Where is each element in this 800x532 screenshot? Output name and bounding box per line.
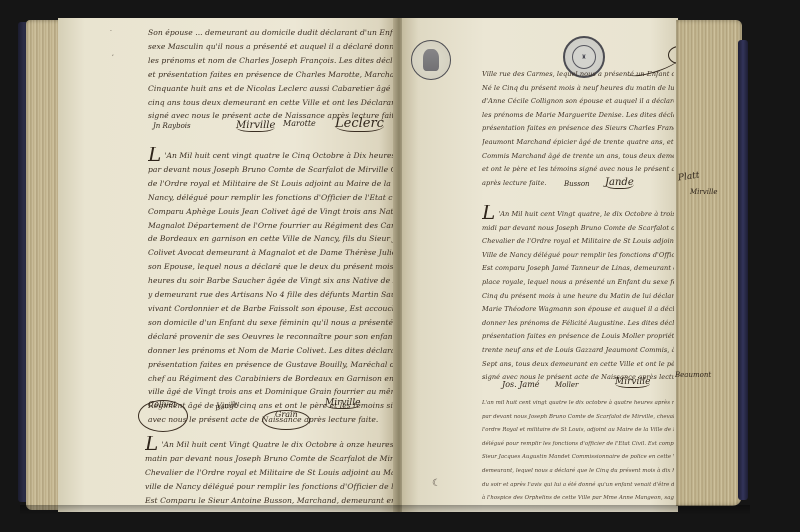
signature: Jos. Jamé xyxy=(502,380,540,389)
signature: Busson xyxy=(564,180,590,188)
text-line: ville de Nancy délégué pour remplir les … xyxy=(145,480,393,494)
signature: Beaumont xyxy=(675,371,711,379)
page-edges-right xyxy=(676,20,742,506)
text-line: trente neuf ans et de Louis Gazzard Jeau… xyxy=(482,344,674,358)
text-line: y demeurant rue des Artisans No 4 fille … xyxy=(148,288,394,302)
text-line: et présentation faites en présence de Ch… xyxy=(148,68,394,82)
text-line: Né le Cinq du présent mois à neuf heures… xyxy=(482,82,674,96)
text-line: les prénoms et nom de Charles Joseph Fra… xyxy=(148,54,394,68)
text-line: 'An Mil huit cent Vingt Quatre le dix Oc… xyxy=(161,440,393,449)
text-line: Sieur Jacques Augustin Mandet Commission… xyxy=(482,451,674,465)
margin-mark: , xyxy=(112,50,114,57)
left-entry-3-text: L'An Mil huit cent Vingt Quatre le dix O… xyxy=(145,436,393,508)
text-line: Nancy, délégué pour remplir les fonction… xyxy=(148,191,394,205)
left-entry-2-text: L'An Mil huit cent vingt quatre le Cinq … xyxy=(148,147,394,427)
page-edges-left xyxy=(26,20,62,510)
signature: Jn Raybois xyxy=(153,122,191,130)
text-line: Magnalot Département de l'Orne fourrier … xyxy=(148,219,394,233)
text-line: midi par devant nous Joseph Bruno Comte … xyxy=(482,222,674,236)
right-entry-2-text: L'An Mil huit cent Vingt quatre, le dix … xyxy=(482,205,674,385)
text-line: par devant nous Joseph Bruno Comte de Sc… xyxy=(482,411,674,425)
text-line: cinq ans tous deux demeurant en cette Vi… xyxy=(148,96,394,110)
figure-stamp-icon xyxy=(411,40,451,80)
text-line: présentation faites en présence de Gusta… xyxy=(148,358,394,372)
text-line: par devant nous Joseph Bruno Comte de Sc… xyxy=(148,163,394,177)
text-line: Est comparu Joseph Jamé Tanneur de Linas… xyxy=(482,262,674,276)
right-entry-1-text: Ville rue des Carmes, lequel nous a prés… xyxy=(482,68,674,190)
signature: Mirville xyxy=(236,120,275,132)
text-line: de Bordeaux en garnison en cette Ville d… xyxy=(148,232,394,246)
signature: Moller xyxy=(555,381,578,389)
text-line: Cinquante huit ans et de Nicolas Leclerc… xyxy=(148,82,394,96)
margin-mark: · xyxy=(110,28,112,35)
text-line: Sept ans, tous deux demeurant en cette V… xyxy=(482,358,674,372)
signature: Mirville xyxy=(615,377,650,388)
text-line: présentation faites en présence des Sieu… xyxy=(482,122,674,136)
text-line: Cinq du présent mois à une heure du Mati… xyxy=(482,290,674,304)
text-line: déclaré provenir de ses Oeuvres le recon… xyxy=(148,330,394,344)
margin-mark: ☾ xyxy=(432,478,441,489)
signature: Jande xyxy=(605,177,634,189)
text-line: du soir et après l'avis qui lui a été do… xyxy=(482,479,674,493)
seal-inner-ring: ♜ xyxy=(572,45,596,69)
text-line: Son épouse ... demeurant au domicile dud… xyxy=(148,26,394,40)
text-line: place royale, lequel nous a présenté un … xyxy=(482,276,674,290)
text-line: Comparu Aphège Louis Jean Colivet âgé de… xyxy=(148,205,394,219)
left-entry-1-text: Son épouse ... demeurant au domicile dud… xyxy=(148,26,394,123)
initial-letter: L xyxy=(482,205,495,222)
text-line: et ont le père et les témoins signé avec… xyxy=(482,163,674,177)
text-line: les prénoms de Marie Marguerite Denise. … xyxy=(482,109,674,123)
text-line: son Epouse, lequel nous a déclaré que le… xyxy=(148,260,394,274)
signature: Mirville xyxy=(690,188,718,196)
text-line: donner les prénoms de Félicité Augustine… xyxy=(482,317,674,331)
text-line: d'Anne Cécile Collignon son épouse et au… xyxy=(482,95,674,109)
signature: Colivet xyxy=(148,400,177,409)
text-line: 'An Mil huit cent vingt quatre le Cinq O… xyxy=(164,151,394,160)
text-line: son domicile d'un Enfant du sexe féminin… xyxy=(148,316,394,330)
text-line: Chevalier de l'Ordre royal et Militaire … xyxy=(482,235,674,249)
open-register-book: · , Son épouse ... demeurant au domicile… xyxy=(0,0,800,532)
text-line: délégué pour remplir les fonctions d'off… xyxy=(482,438,674,452)
text-line: Ville de Nancy délégué pour remplir les … xyxy=(482,249,674,263)
text-line: Jeaumont Marchand épicier âgé de trente … xyxy=(482,136,674,150)
signature: Mirville xyxy=(325,398,360,409)
text-line: Ville rue des Carmes, lequel nous a prés… xyxy=(482,68,674,82)
figure-silhouette xyxy=(423,49,439,71)
text-line: présentation faites en présence de Louis… xyxy=(482,330,674,344)
text-line: donner les prénoms et Nom de Marie Coliv… xyxy=(148,344,394,358)
book-cover-right xyxy=(738,40,748,500)
text-line: vivant Cordonnier et de Barbe Faissolt s… xyxy=(148,302,394,316)
text-line: à l'hospice des Orphelins de cette Ville… xyxy=(482,492,674,506)
text-line: Marie Théodore Wagmann son épouse et auq… xyxy=(482,303,674,317)
text-line: demeurant, lequel nous a déclaré que le … xyxy=(482,465,674,479)
signature: Grain xyxy=(275,410,298,419)
right-entry-3-text: L'an mil huit cent vingt quatre le dix o… xyxy=(482,397,674,506)
text-line: l'ordre Royal et militaire de St Louis, … xyxy=(482,424,674,438)
initial-letter: L xyxy=(148,147,161,163)
text-line: de l'Ordre royal et Militaire de St Loui… xyxy=(148,177,394,191)
initial-letter: L xyxy=(145,436,158,452)
text-line: Colivet Avocat demeurant à Magnalot et d… xyxy=(148,246,394,260)
text-line: matin par devant nous Joseph Bruno Comte… xyxy=(145,452,393,466)
text-line: sexe Masculin qu'il nous a présenté et a… xyxy=(148,40,394,54)
book-bottom-shadow xyxy=(20,505,750,515)
text-line: heures du soir Barbe Saucher âgée de Vin… xyxy=(148,274,394,288)
signature: Leclerc xyxy=(335,116,384,132)
text-line: Commis Marchand âgé de trente un ans, to… xyxy=(482,150,674,164)
text-line: 'An Mil huit cent Vingt quatre, le dix O… xyxy=(498,210,674,218)
text-line: Chevalier de l'Ordre royal et Militaire … xyxy=(145,466,393,480)
text-line: L'an mil huit cent vingt quatre le dix o… xyxy=(482,397,674,411)
signature: Marotte xyxy=(283,119,316,128)
text-line: chef au Régiment des Carabiniers de Bord… xyxy=(148,372,394,386)
